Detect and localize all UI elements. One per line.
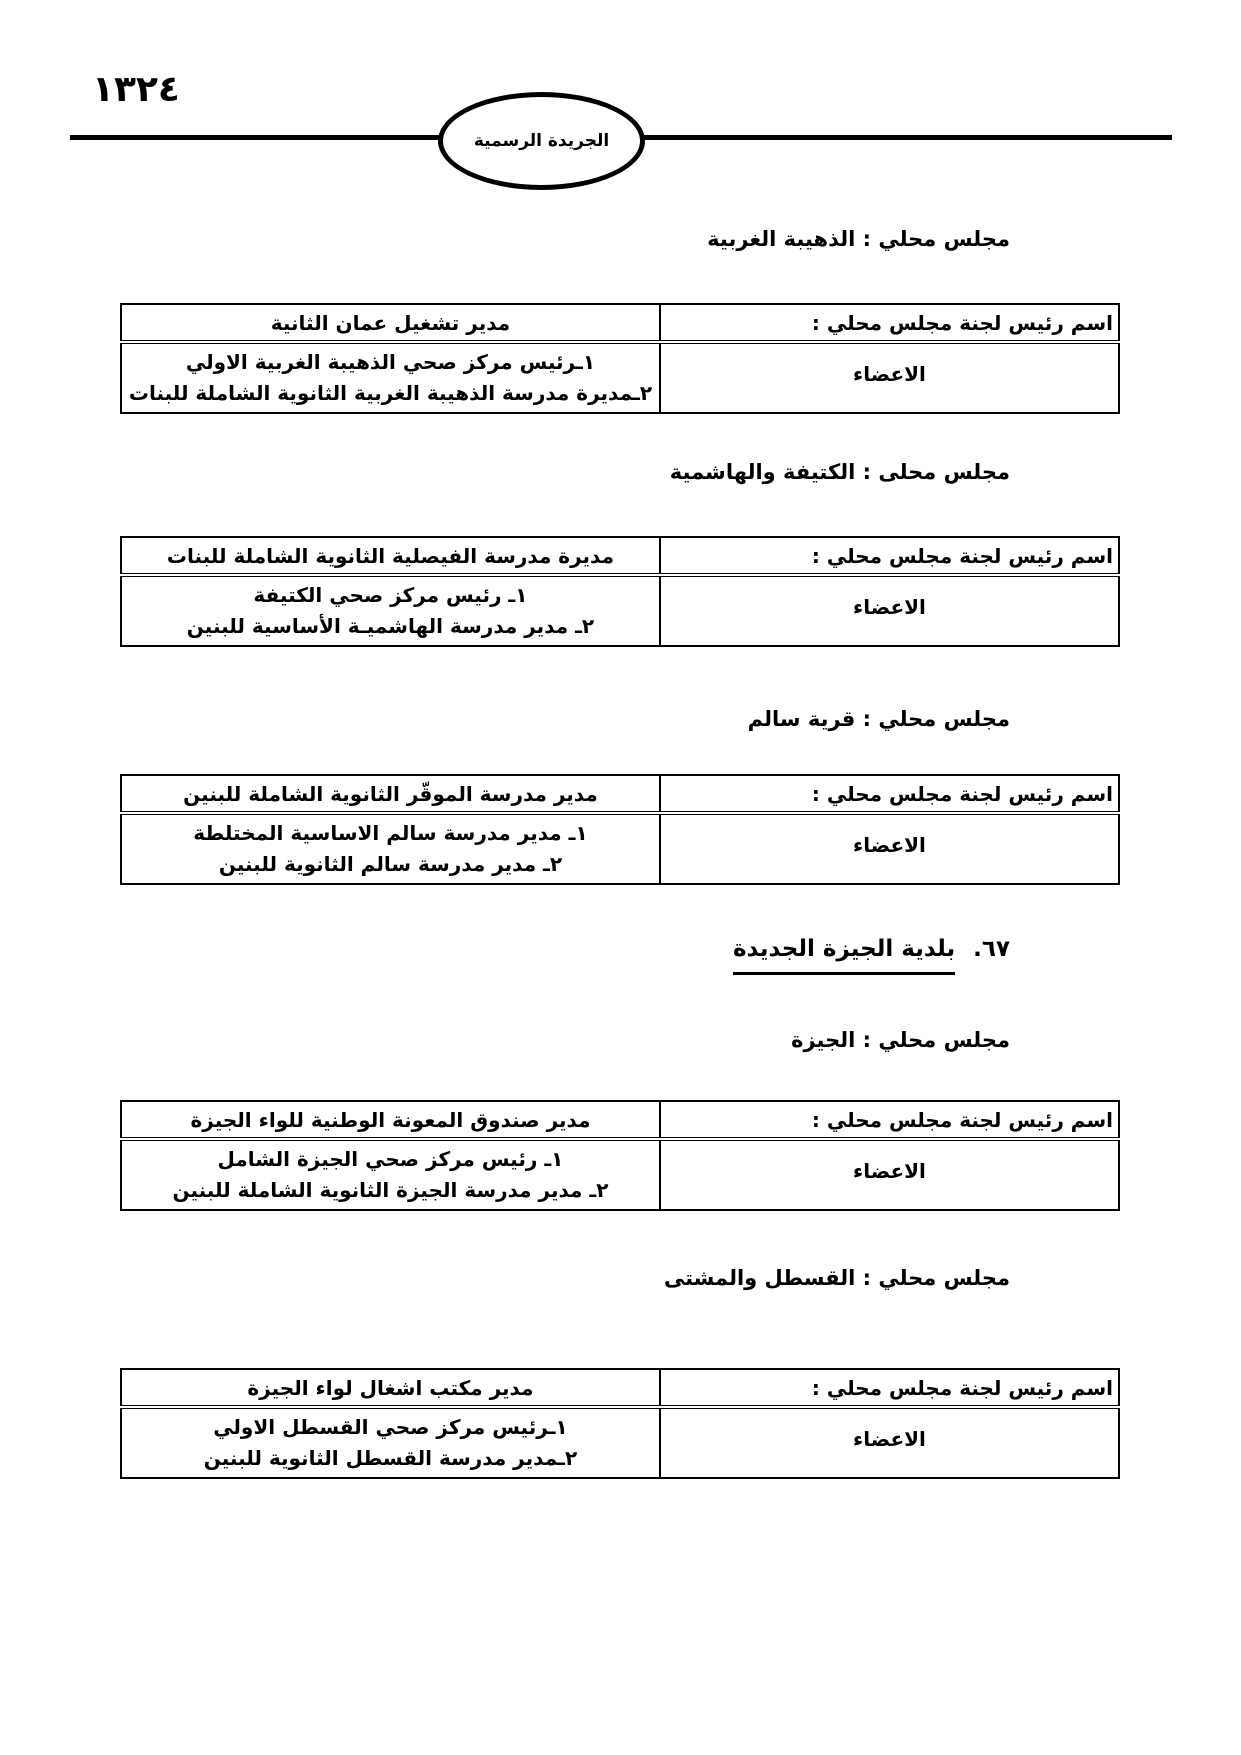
members-label-cell: الاعضاء — [660, 813, 1119, 884]
chairman-value-cell: مدير صندوق المعونة الوطنية للواء الجيزة — [121, 1101, 660, 1139]
gazette-oval-badge: الجريدة الرسمية — [438, 92, 645, 190]
chairman-label-cell: اسم رئيس لجنة مجلس محلي : — [660, 1369, 1119, 1407]
page-number: ١٣٢٤ — [92, 72, 180, 108]
member-line: ١ـ رئيس مركز صحي الجيزة الشامل — [128, 1144, 653, 1175]
members-label-cell: الاعضاء — [660, 575, 1119, 646]
chairman-label-cell: اسم رئيس لجنة مجلس محلي : — [660, 775, 1119, 813]
council-table: اسم رئيس لجنة مجلس محلي : مدير مكتب اشغا… — [120, 1368, 1120, 1479]
table-row: الاعضاء ١ـ رئيس مركز صحي الجيزة الشامل ٢… — [121, 1139, 1119, 1210]
chairman-value-cell: مديرة مدرسة الفيصلية الثانوية الشاملة لل… — [121, 537, 660, 575]
chairman-value-cell: مدير تشغيل عمان الثانية — [121, 304, 660, 342]
members-list-cell: ١ـ مدير مدرسة سالم الاساسية المختلطة ٢ـ … — [121, 813, 660, 884]
member-line: ٢ـمدير مدرسة القسطل الثانوية للبنين — [128, 1443, 653, 1474]
chairman-label-cell: اسم رئيس لجنة مجلس محلي : — [660, 537, 1119, 575]
members-list-cell: ١ـرئيس مركز صحي الذهيبة الغربية الاولي ٢… — [121, 342, 660, 413]
table-row: اسم رئيس لجنة مجلس محلي : مدير مكتب اشغا… — [121, 1369, 1119, 1407]
members-list-cell: ١ـ رئيس مركز صحي الجيزة الشامل ٢ـ مدير م… — [121, 1139, 660, 1210]
council-table: اسم رئيس لجنة مجلس محلي : مدير صندوق الم… — [120, 1100, 1120, 1211]
council-heading-qaryat-salem: مجلس محلي : قرية سالم — [0, 702, 1241, 736]
member-line: ٢ـ مدير مدرسة الهاشميـة الأساسية للبنين — [128, 611, 653, 642]
municipality-title: بلدية الجيزة الجديدة — [733, 930, 955, 975]
members-label-cell: الاعضاء — [660, 342, 1119, 413]
council-heading-dhahiba-gharbiya: مجلس محلي : الذهيبة الغربية — [0, 222, 1241, 256]
gazette-page: ١٣٢٤ الجريدة الرسمية مجلس محلي : الذهيبة… — [0, 0, 1241, 1755]
table-row: اسم رئيس لجنة مجلس محلي : مدير صندوق الم… — [121, 1101, 1119, 1139]
table-row: الاعضاء ١ـرئيس مركز صحي القسطل الاولي ٢ـ… — [121, 1407, 1119, 1478]
members-list-cell: ١ـرئيس مركز صحي القسطل الاولي ٢ـمدير مدر… — [121, 1407, 660, 1478]
council-table: اسم رئيس لجنة مجلس محلي : مدير تشغيل عما… — [120, 303, 1120, 414]
municipality-number: ٦٧. — [973, 936, 1010, 962]
page-header: ١٣٢٤ الجريدة الرسمية — [0, 0, 1241, 190]
municipality-heading: ٦٧. بلدية الجيزة الجديدة — [0, 930, 1241, 975]
member-line: ١ـ رئيس مركز صحي الكتيفة — [128, 580, 653, 611]
chairman-value-cell: مدير مدرسة الموقّر الثانوية الشاملة للبن… — [121, 775, 660, 813]
gazette-badge-label: الجريدة الرسمية — [474, 131, 609, 151]
table-row: اسم رئيس لجنة مجلس محلي : مديرة مدرسة ال… — [121, 537, 1119, 575]
table-row: اسم رئيس لجنة مجلس محلي : مدير مدرسة الم… — [121, 775, 1119, 813]
council-heading-qastal-mushatta: مجلس محلي : القسطل والمشتى — [0, 1261, 1241, 1295]
chairman-label-cell: اسم رئيس لجنة مجلس محلي : — [660, 1101, 1119, 1139]
council-heading-kutayfa-hashimiya: مجلس محلى : الكتيفة والهاشمية — [0, 455, 1241, 489]
members-label-cell: الاعضاء — [660, 1139, 1119, 1210]
member-line: ١ـرئيس مركز صحي الذهيبة الغربية الاولي — [128, 347, 653, 378]
council-table: اسم رئيس لجنة مجلس محلي : مديرة مدرسة ال… — [120, 536, 1120, 647]
table-row: الاعضاء ١ـرئيس مركز صحي الذهيبة الغربية … — [121, 342, 1119, 413]
council-table: اسم رئيس لجنة مجلس محلي : مدير مدرسة الم… — [120, 774, 1120, 885]
council-heading-jiza: مجلس محلي : الجيزة — [0, 1023, 1241, 1057]
table-row: الاعضاء ١ـ مدير مدرسة سالم الاساسية المخ… — [121, 813, 1119, 884]
table-row: اسم رئيس لجنة مجلس محلي : مدير تشغيل عما… — [121, 304, 1119, 342]
member-line: ٢ـمديرة مدرسة الذهيبة الغربية الثانوية ا… — [128, 378, 653, 409]
member-line: ١ـرئيس مركز صحي القسطل الاولي — [128, 1412, 653, 1443]
table-row: الاعضاء ١ـ رئيس مركز صحي الكتيفة ٢ـ مدير… — [121, 575, 1119, 646]
chairman-value-cell: مدير مكتب اشغال لواء الجيزة — [121, 1369, 660, 1407]
members-label-cell: الاعضاء — [660, 1407, 1119, 1478]
members-list-cell: ١ـ رئيس مركز صحي الكتيفة ٢ـ مدير مدرسة ا… — [121, 575, 660, 646]
member-line: ٢ـ مدير مدرسة سالم الثانوية للبنين — [128, 849, 653, 880]
chairman-label-cell: اسم رئيس لجنة مجلس محلي : — [660, 304, 1119, 342]
member-line: ٢ـ مدير مدرسة الجيزة الثانوية الشاملة لل… — [128, 1175, 653, 1206]
member-line: ١ـ مدير مدرسة سالم الاساسية المختلطة — [128, 818, 653, 849]
